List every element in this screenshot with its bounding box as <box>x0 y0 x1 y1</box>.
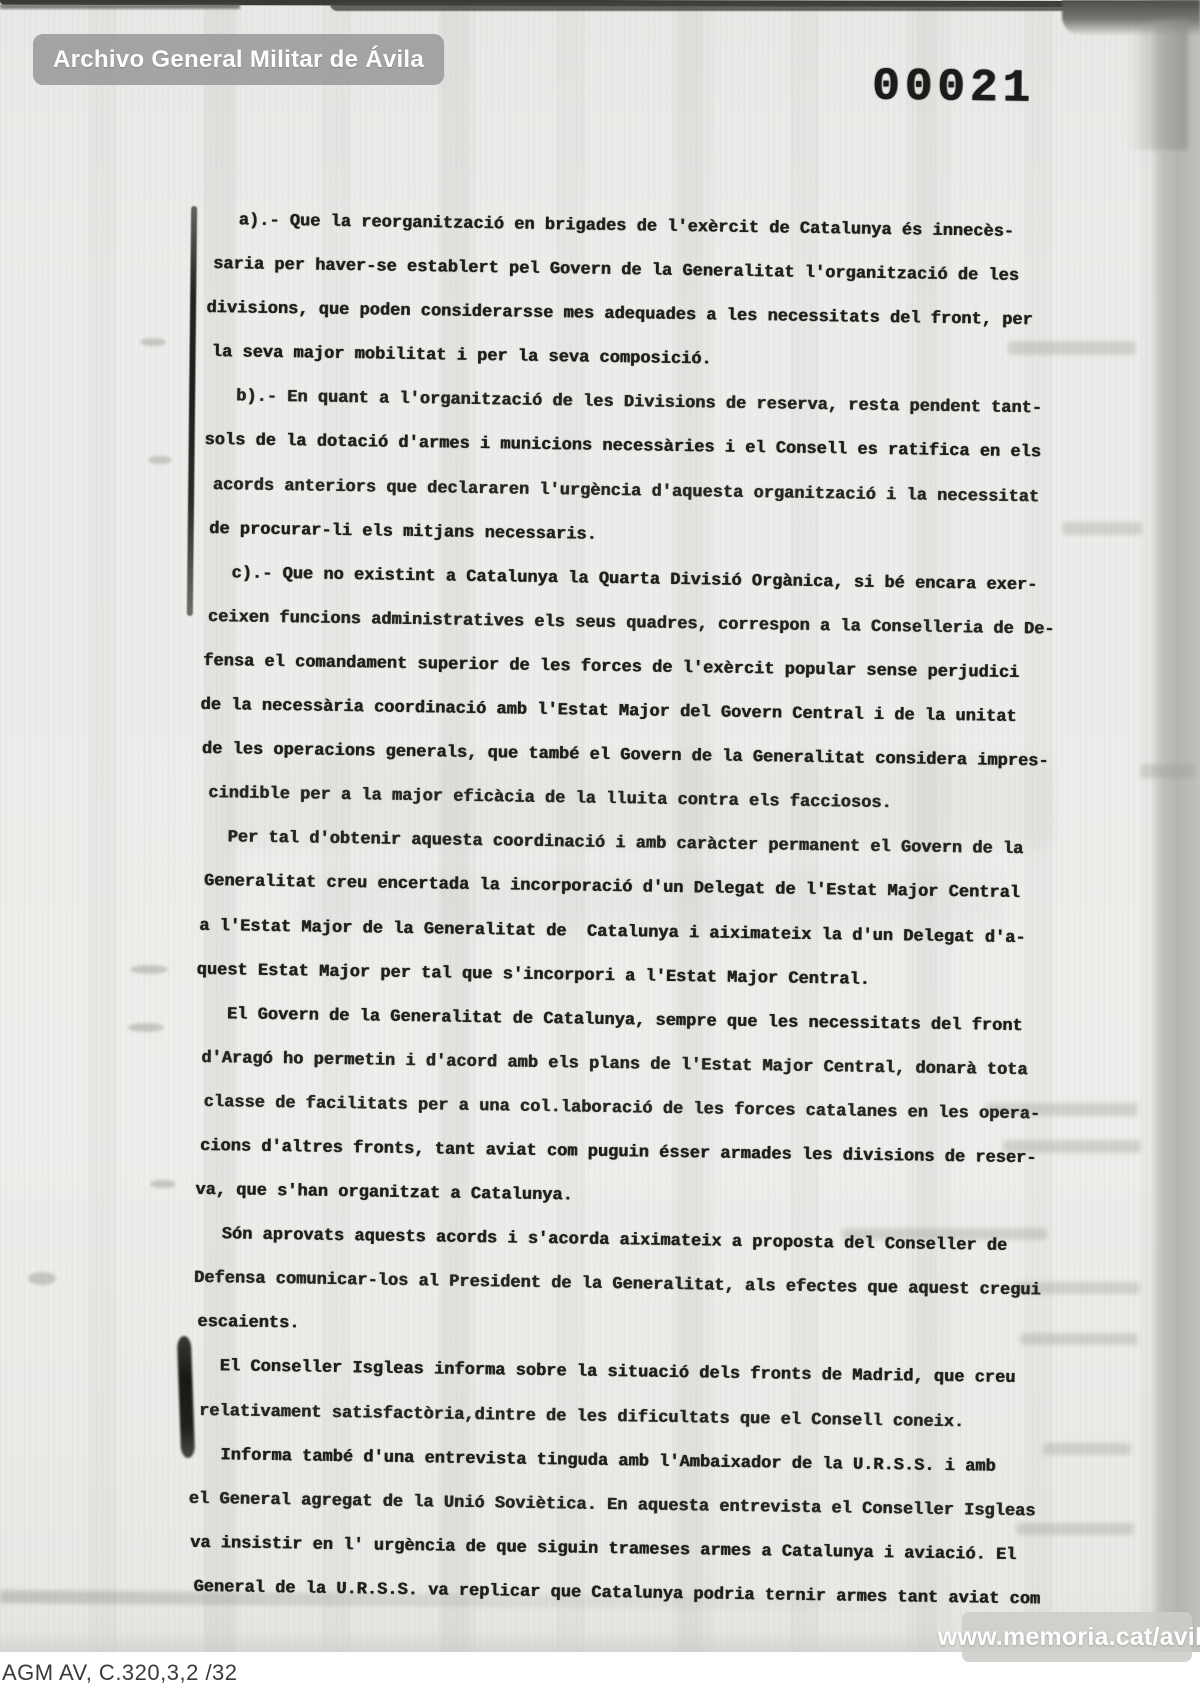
margin-smudge <box>128 1023 164 1032</box>
print-ghost <box>1140 764 1195 778</box>
paper-right-edge <box>1150 0 1200 1652</box>
binding-mark <box>187 206 197 616</box>
margin-smudge <box>148 456 172 464</box>
archive-badge-label: Archivo General Militar de Ávila <box>53 46 424 74</box>
scan-top-edge <box>0 4 240 9</box>
margin-smudge <box>130 965 168 974</box>
print-ghost <box>1043 1443 1131 1455</box>
archive-badge: Archivo General Militar de Ávila <box>33 34 444 85</box>
margin-smudge <box>28 1272 56 1285</box>
watermark-label: www.memoria.cat/avila <box>938 1623 1200 1652</box>
print-ghost <box>1062 522 1142 535</box>
archive-reference: AGM AV, C.320,3,2 /32 <box>2 1660 238 1686</box>
margin-smudge <box>150 1180 176 1188</box>
margin-smudge <box>140 338 166 346</box>
watermark-badge: www.memoria.cat/avila <box>962 1612 1192 1662</box>
paper-corner-shadow <box>1128 20 1188 150</box>
scanned-page: Archivo General Militar de Ávila 00021 a… <box>0 0 1200 1652</box>
typed-document-text: a).- Que la reorganització en brigades d… <box>189 199 1060 1622</box>
page-number-stamp: 00021 <box>872 61 1073 116</box>
